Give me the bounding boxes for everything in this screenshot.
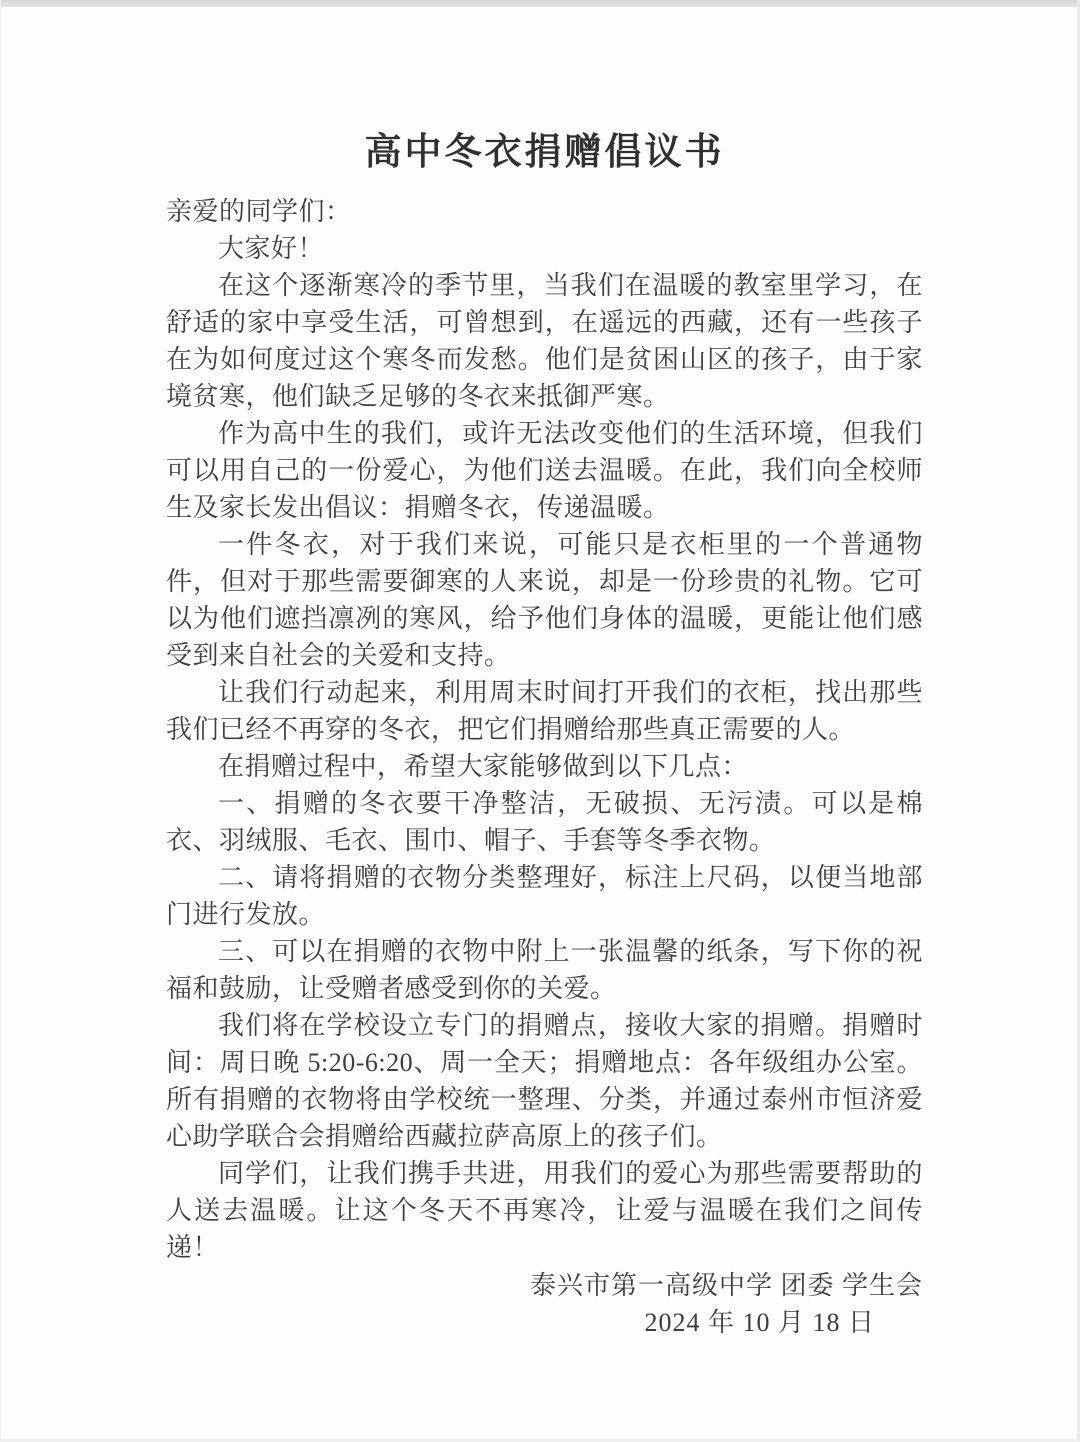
paragraph: 在捐赠过程中，希望大家能够做到以下几点：	[166, 748, 923, 785]
paragraph: 我们将在学校设立专门的捐赠点，接收大家的捐赠。捐赠时间：周日晚 5:20-6:2…	[166, 1007, 923, 1155]
document-body: 高中冬衣捐赠倡议书 亲爱的同学们： 大家好！ 在这个逐渐寒冷的季节里，当我们在温…	[1, 7, 1080, 1341]
signature-line: 泰兴市第一高级中学 团委 学生会	[166, 1267, 923, 1304]
paragraph: 让我们行动起来，利用周末时间打开我们的衣柜，找出那些我们已经不再穿的冬衣，把它们…	[166, 674, 923, 748]
paragraph-list-item: 二、请将捐赠的衣物分类整理好，标注上尺码，以便当地部门进行发放。	[166, 859, 923, 933]
document-title: 高中冬衣捐赠倡议书	[166, 129, 923, 177]
scan-artifact-top-edge	[1, 0, 1077, 7]
paragraph: 作为高中生的我们，或许无法改变他们的生活环境，但我们可以用自己的一份爱心，为他们…	[166, 415, 923, 526]
greeting: 大家好！	[166, 230, 923, 267]
paragraph: 一件冬衣，对于我们来说，可能只是衣柜里的一个普通物件，但对于那些需要御寒的人来说…	[166, 526, 923, 674]
salutation: 亲爱的同学们：	[166, 193, 923, 230]
paragraph-list-item: 一、捐赠的冬衣要干净整洁，无破损、无污渍。可以是棉衣、羽绒服、毛衣、围巾、帽子、…	[166, 785, 923, 859]
paragraph: 在这个逐渐寒冷的季节里，当我们在温暖的教室里学习，在舒适的家中享受生活，可曾想到…	[166, 267, 923, 415]
scanned-page: 高中冬衣捐赠倡议书 亲爱的同学们： 大家好！ 在这个逐渐寒冷的季节里，当我们在温…	[0, 0, 1080, 1442]
date-line: 2024 年 10 月 18 日	[166, 1304, 923, 1341]
paragraph: 同学们，让我们携手共进，用我们的爱心为那些需要帮助的人送去温暖。让这个冬天不再寒…	[166, 1155, 923, 1266]
paragraph-list-item: 三、可以在捐赠的衣物中附上一张温馨的纸条，写下你的祝福和鼓励，让受赠者感受到你的…	[166, 933, 923, 1007]
